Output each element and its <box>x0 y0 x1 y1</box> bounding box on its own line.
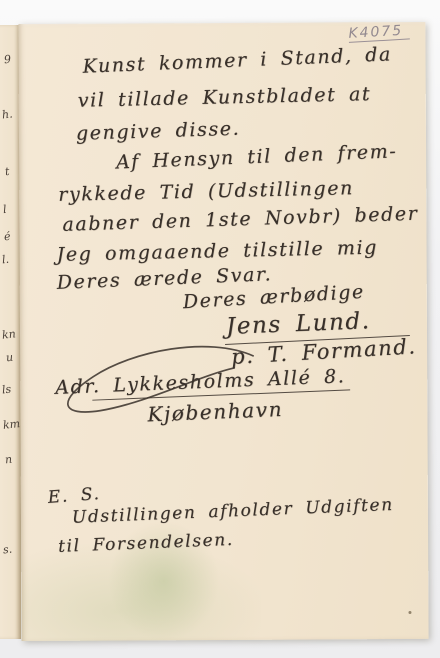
margin-text-fragment: s. <box>2 543 12 557</box>
margin-text-fragment: t <box>4 165 10 178</box>
margin-text-fragment: é <box>3 230 11 244</box>
previous-page-edge: 9 h. t l é l. kn u ls km n s. <box>0 25 21 639</box>
margin-text-fragment: ls <box>1 383 11 397</box>
signature-flourish <box>38 328 268 419</box>
letter-line: aabner den 1ste Novbr) beder <box>62 203 419 236</box>
letter-line: Af Hensyn til den frem- <box>116 140 398 173</box>
margin-text-fragment: h. <box>1 107 13 121</box>
letter-line: gengive disse. <box>76 118 241 145</box>
paper-stain-band <box>21 543 262 641</box>
margin-text-fragment: n <box>4 453 12 467</box>
letter-page: K4075 Kunst kommer i Stand, da vil tilla… <box>18 22 428 641</box>
margin-text-fragment: l <box>2 203 7 216</box>
paper-speck <box>408 611 411 614</box>
margin-text-fragment: kn <box>1 327 16 341</box>
archive-number-label: K4075 <box>348 22 410 42</box>
margin-text-fragment: l. <box>1 253 9 267</box>
postscript-label: E. S. <box>47 484 101 508</box>
letter-line: rykkede Tid (Udstillingen <box>58 177 354 206</box>
margin-text-fragment: km <box>2 417 20 432</box>
margin-text-fragment: u <box>5 351 13 365</box>
scanned-letter-page: 9 h. t l é l. kn u ls km n s. K4075 Kuns… <box>0 0 440 658</box>
letter-line: Jeg omgaaende tilstille mig <box>56 237 378 266</box>
postscript-line: Udstillingen afholder Udgiften <box>72 495 394 528</box>
letter-line: vil tillade Kunstbladet at <box>78 83 372 112</box>
letter-line: Kunst kommer i Stand, da <box>82 43 392 77</box>
margin-text-fragment: 9 <box>3 53 11 67</box>
postscript-line: til Forsendelsen. <box>58 530 234 557</box>
